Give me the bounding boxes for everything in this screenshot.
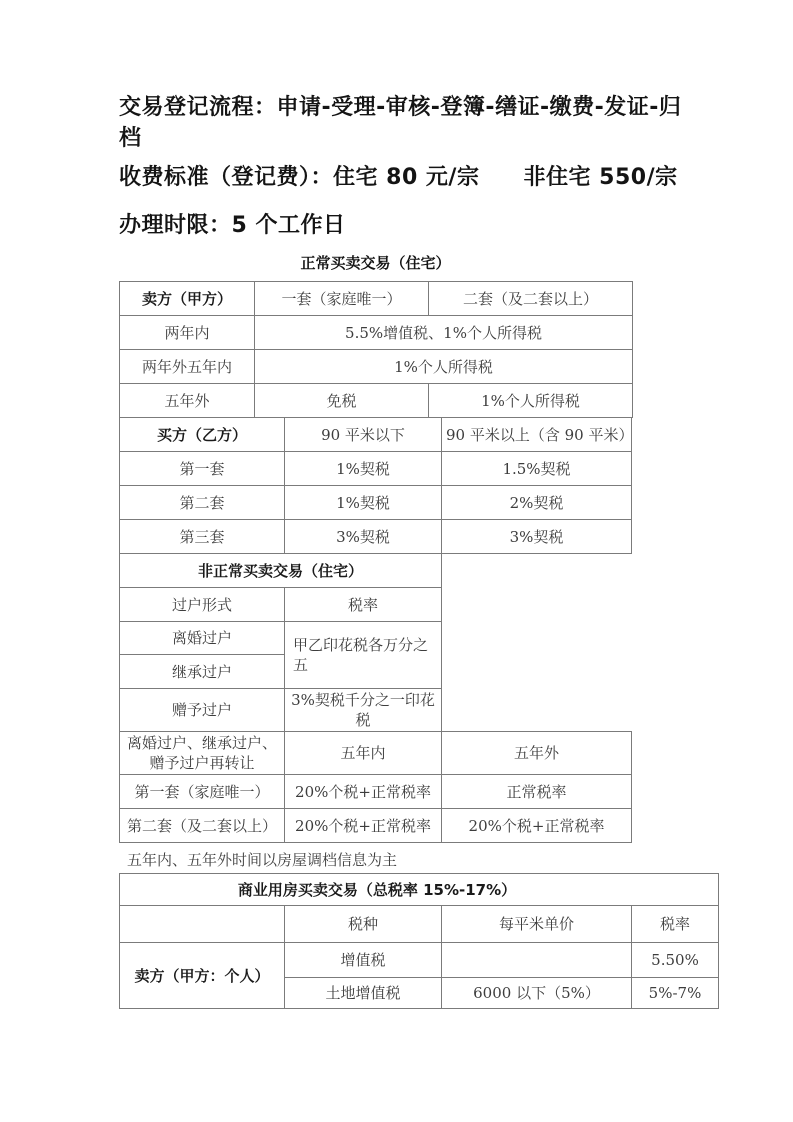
resale-row-cell: 正常税率 <box>442 775 632 809</box>
abnormal-title-cell: 非正常买卖交易（住宅） <box>120 554 442 588</box>
land-vat-label-cell: 土地增值税 <box>285 978 442 1009</box>
buyer-row-cell: 1%契税 <box>285 452 442 486</box>
one-home-header-cell: 一套（家庭唯一） <box>255 282 429 316</box>
commercial-seller-cell: 卖方（甲方：个人） <box>120 943 285 1009</box>
buyer-row-label-cell: 第二套 <box>120 486 285 520</box>
divorce-transfer-cell: 离婚过户 <box>120 622 285 655</box>
gift-transfer-cell: 赠予过户 <box>120 689 285 732</box>
buyer-row-cell: 3%契税 <box>285 520 442 554</box>
buyer-row-label-cell: 第一套 <box>120 452 285 486</box>
y2to5-label-cell: 两年外五年内 <box>120 350 255 384</box>
buyer-section: 买方（乙方） 90 平米以下 90 平米以上（含 90 平米） 第一套 1%契税… <box>119 417 632 554</box>
gift-rate-cell: 3%契税千分之一印花税 <box>285 689 442 732</box>
tax-type-header-cell: 税种 <box>285 906 442 943</box>
deadline-line: 办理时限：5 个工作日 <box>119 210 699 241</box>
normal-table-title: 正常买卖交易（住宅） <box>119 252 632 273</box>
within5-header-cell: 五年内 <box>285 732 442 775</box>
seller-header-cell: 卖方（甲方） <box>120 282 255 316</box>
vat-price-cell <box>442 943 632 978</box>
over90-header-cell: 90 平米以上（含 90 平米） <box>442 418 632 452</box>
buyer-row-cell: 2%契税 <box>442 486 632 520</box>
beyond5-one-cell: 免税 <box>255 384 429 418</box>
resale-row-cell: 20%个税+正常税率 <box>442 809 632 843</box>
tax-rate-header-cell: 税率 <box>632 906 719 943</box>
buyer-row-cell: 3%契税 <box>442 520 632 554</box>
fee-non-residential: 非住宅 550/宗 <box>523 165 677 190</box>
beyond5-label-cell: 五年外 <box>120 384 255 418</box>
under90-header-cell: 90 平米以下 <box>285 418 442 452</box>
fee-residential: 收费标准（登记费）：住宅 80 元/宗 <box>119 165 479 190</box>
stamp-duty-cell: 甲乙印花税各万分之五 <box>285 622 442 689</box>
vat-label-cell: 增值税 <box>285 943 442 978</box>
commercial-table: 商业用房买卖交易（总税率 15%-17%） 税种 每平米单价 税率 卖方（甲方：… <box>119 873 719 1009</box>
resale-section: 离婚过户、继承过户、赠予过户再转让 五年内 五年外 第一套（家庭唯一） 20%个… <box>119 731 632 843</box>
main-table: 卖方（甲方） 一套（家庭唯一） 二套（及二套以上） 两年内 5.5%增值税、1%… <box>119 281 633 843</box>
process-line-part1: 交易登记流程：申请-受理-审核-登簿-缮证-缴费-发证-归 <box>119 95 681 120</box>
rate-header-cell: 税率 <box>285 588 442 622</box>
inherit-transfer-cell: 继承过户 <box>120 655 285 689</box>
transfer-type-header-cell: 过户形式 <box>120 588 285 622</box>
beyond5-header-cell: 五年外 <box>442 732 632 775</box>
buyer-row-cell: 1.5%契税 <box>442 452 632 486</box>
resale-label-cell: 离婚过户、继承过户、赠予过户再转让 <box>120 732 285 775</box>
resale-row-label-cell: 第一套（家庭唯一） <box>120 775 285 809</box>
y2to5-value-cell: 1%个人所得税 <box>255 350 633 384</box>
resale-row-cell: 20%个税+正常税率 <box>285 775 442 809</box>
document-page: 交易登记流程：申请-受理-审核-登簿-缮证-缴费-发证-归档 收费标准（登记费）… <box>0 0 793 1122</box>
within2-value-cell: 5.5%增值税、1%个人所得税 <box>255 316 633 350</box>
land-vat-price-cell: 6000 以下（5%） <box>442 978 632 1009</box>
commercial-empty-header-cell <box>120 906 285 943</box>
seller-section: 卖方（甲方） 一套（家庭唯一） 二套（及二套以上） 两年内 5.5%增值税、1%… <box>119 281 633 418</box>
two-home-header-cell: 二套（及二套以上） <box>429 282 633 316</box>
buyer-header-cell: 买方（乙方） <box>120 418 285 452</box>
within2-label-cell: 两年内 <box>120 316 255 350</box>
vat-rate-cell: 5.50% <box>632 943 719 978</box>
abnormal-section: 非正常买卖交易（住宅） 过户形式 税率 离婚过户 甲乙印花税各万分之五 继承过户… <box>119 553 442 732</box>
land-vat-rate-cell: 5%-7% <box>632 978 719 1009</box>
process-line: 交易登记流程：申请-受理-审核-登簿-缮证-缴费-发证-归档 <box>119 92 699 154</box>
beyond5-two-cell: 1%个人所得税 <box>429 384 633 418</box>
unit-price-header-cell: 每平米单价 <box>442 906 632 943</box>
process-line-part2: 档 <box>119 123 699 154</box>
resale-row-cell: 20%个税+正常税率 <box>285 809 442 843</box>
commercial-title-cell: 商业用房买卖交易（总税率 15%-17%） <box>120 874 719 906</box>
buyer-row-label-cell: 第三套 <box>120 520 285 554</box>
fee-line: 收费标准（登记费）：住宅 80 元/宗非住宅 550/宗 <box>119 162 699 193</box>
document-header: 交易登记流程：申请-受理-审核-登簿-缮证-缴费-发证-归档 收费标准（登记费）… <box>119 92 699 241</box>
five-year-note: 五年内、五年外时间以房屋调档信息为主 <box>127 849 397 870</box>
resale-row-label-cell: 第二套（及二套以上） <box>120 809 285 843</box>
buyer-row-cell: 1%契税 <box>285 486 442 520</box>
